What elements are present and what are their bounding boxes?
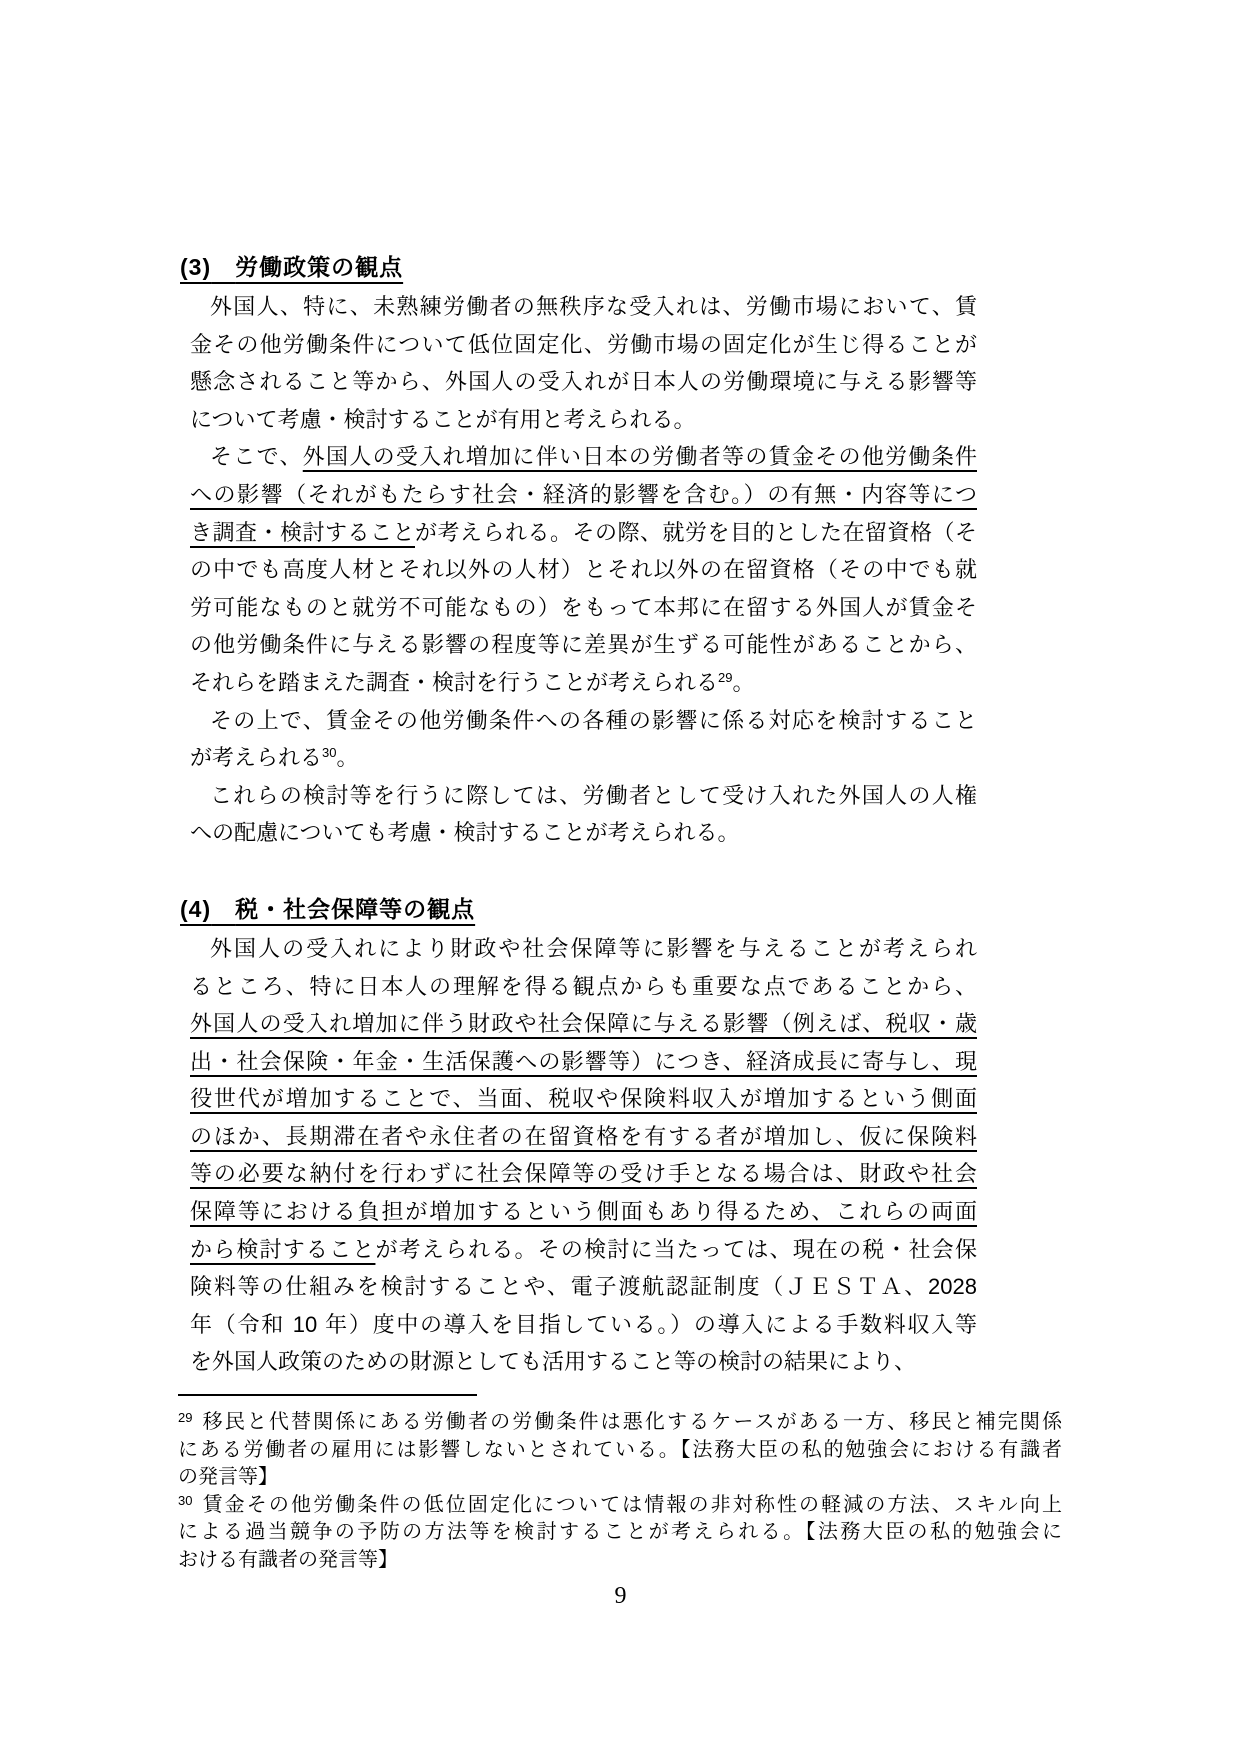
text-segment: それらを踏まえた調査・検討を行うことが考えられる — [190, 670, 718, 695]
footnotes: 29移民と代替関係にある労働者の労働条件は悪化するケースがある一方、移民と補完関… — [178, 1409, 1062, 1575]
paragraph: これらの検討等を行うに際しては、労働者として受け入れた外国人の人権への配慮につい… — [190, 777, 977, 852]
page-number: 9 — [0, 1583, 1241, 1610]
text-segment: の中でも高度人材とそれ以外の人材）とそれ以外の在留資格（その中でも就 — [190, 557, 977, 582]
text-segment: その上で、賃金その他労働条件への各種の影響に係る対応を検討すること — [210, 708, 977, 733]
text-line: き調査・検討することが考えられる。その際、就労を目的とした在留資格（そ — [190, 514, 977, 552]
text-line: 外国人の受入れにより財政や社会保障等に影響を与えることが考えられ — [190, 930, 977, 968]
text-segment: 出・社会保険・年金・生活保護への影響等）につき、経済成長に寄与し、現 — [190, 1049, 977, 1074]
text-segment: が考えられる — [190, 745, 322, 770]
text-segment: への配慮についても考慮・検討することが考えられる。 — [190, 820, 740, 845]
text-line: るところ、特に日本人の理解を得る観点からも重要な点であることから、 — [190, 968, 977, 1006]
footnote-ref: 29 — [178, 1410, 192, 1425]
text-line: 役世代が増加することで、当面、税収や保険料収入が増加するという側面 — [190, 1080, 977, 1118]
text-line: 保障等における負担が増加するという側面もあり得るため、これらの両面 — [190, 1193, 977, 1231]
text-segment: 外国人の受入れ増加に伴い日本の労働者等の賃金その他労働条件 — [303, 444, 977, 469]
footnote-ref: 29 — [718, 670, 732, 685]
text-line: の発言等】 — [178, 1464, 1062, 1492]
text-line: それらを踏まえた調査・検討を行うことが考えられる29。 — [190, 664, 977, 702]
footnote: 30賃金その他労働条件の低位固定化については情報の非対称性の軽減の方法、スキル向… — [178, 1492, 1062, 1575]
text-segment: 。 — [732, 670, 754, 695]
text-line: による過当競争の予防の方法等を検討することが考えられる。【法務大臣の私的勉強会に — [178, 1519, 1062, 1547]
text-line: のほか、長期滞在者や永住者の在留資格を有する者が増加し、仮に保険料 — [190, 1118, 977, 1156]
text-segment: にある労働者の雇用には影響しないとされている。【法務大臣の私的勉強会における有識… — [178, 1439, 1062, 1461]
text-line: への影響（それがもたらす社会・経済的影響を含む。）の有無・内容等につ — [190, 476, 977, 514]
section: (3) 労働政策の観点外国人、特に、未熟練労働者の無秩序な受入れは、労働市場にお… — [0, 246, 1241, 852]
paragraph: その上で、賃金その他労働条件への各種の影響に係る対応を検討することが考えられる3… — [190, 702, 977, 777]
text-segment: るところ、特に日本人の理解を得る観点からも重要な点であることから、 — [190, 974, 977, 999]
section-heading: (4) 税・社会保障等の観点 — [180, 888, 1241, 930]
text-line: 外国人、特に、未熟練労働者の無秩序な受入れは、労働市場において、賃 — [190, 288, 977, 326]
text-segment: 移民と代替関係にある労働者の労働条件は悪化するケースがある一方、移民と補完関係 — [200, 1411, 1062, 1433]
text-segment: 険料等の仕組みを検討することや、電子渡航認証制度（ＪＥＳＴＡ、2028 — [190, 1274, 977, 1299]
footnote-ref: 30 — [322, 745, 336, 760]
text-segment: 労可能なものと就労不可能なもの）をもって本邦に在留する外国人が賃金そ — [190, 595, 977, 620]
text-segment: き調査・検討すること — [190, 520, 415, 545]
text-segment: 。 — [336, 745, 358, 770]
section-number: (3) — [180, 254, 211, 280]
text-line: を外国人政策のための財源としても活用すること等の検討の結果により、 — [190, 1343, 977, 1381]
text-line: 労可能なものと就労不可能なもの）をもって本邦に在留する外国人が賃金そ — [190, 589, 977, 627]
text-segment: 年（令和 10 年）度中の導入を目指している。）の導入による手数料収入等 — [190, 1312, 977, 1337]
text-segment: そこで、 — [210, 444, 303, 469]
text-line: の中でも高度人材とそれ以外の人材）とそれ以外の在留資格（その中でも就 — [190, 551, 977, 589]
text-line: 30賃金その他労働条件の低位固定化については情報の非対称性の軽減の方法、スキル向… — [178, 1492, 1062, 1520]
section-heading: (3) 労働政策の観点 — [180, 246, 1241, 288]
text-segment: これらの検討等を行うに際しては、労働者として受け入れた外国人の人権 — [210, 783, 977, 808]
section-number: (4) — [180, 896, 211, 922]
text-segment: を外国人政策のための財源としても活用すること等の検討の結果により、 — [190, 1349, 916, 1374]
section-heading-text: (3) 労働政策の観点 — [180, 254, 403, 280]
text-line: おける有識者の発言等】 — [178, 1547, 1062, 1575]
text-segment: が考えられる。その検討に当たっては、現在の税・社会保 — [375, 1237, 977, 1262]
text-segment: 外国人の受入れにより財政や社会保障等に影響を与えることが考えられ — [210, 936, 977, 961]
text-segment: について考慮・検討することが有用と考えられる。 — [190, 407, 696, 432]
text-segment: おける有識者の発言等】 — [178, 1549, 398, 1571]
text-segment: 金その他労働条件について低位固定化、労働市場の固定化が生じ得ることが — [190, 332, 977, 357]
text-line: にある労働者の雇用には影響しないとされている。【法務大臣の私的勉強会における有識… — [178, 1437, 1062, 1465]
section-title: 税・社会保障等の観点 — [235, 896, 475, 922]
text-segment: 外国人の受入れ増加に伴う財政や社会保障に与える影響（例えば、税収・歳 — [190, 1011, 977, 1036]
text-line: 金その他労働条件について低位固定化、労働市場の固定化が生じ得ることが — [190, 326, 977, 364]
document-body: (3) 労働政策の観点外国人、特に、未熟練労働者の無秩序な受入れは、労働市場にお… — [0, 246, 1241, 1381]
text-segment: の発言等】 — [178, 1466, 278, 1488]
text-segment: から検討すること — [190, 1237, 375, 1262]
text-line: について考慮・検討することが有用と考えられる。 — [190, 401, 977, 439]
text-line: 出・社会保険・年金・生活保護への影響等）につき、経済成長に寄与し、現 — [190, 1043, 977, 1081]
text-line: 等の必要な納付を行わずに社会保障等の受け手となる場合は、財政や社会 — [190, 1155, 977, 1193]
text-line: 懸念されること等から、外国人の受入れが日本人の労働環境に与える影響等 — [190, 363, 977, 401]
text-segment: への影響（それがもたらす社会・経済的影響を含む。）の有無・内容等につ — [190, 482, 977, 507]
text-line: の他労働条件に与える影響の程度等に差異が生ずる可能性があることから、 — [190, 626, 977, 664]
text-line: 外国人の受入れ増加に伴う財政や社会保障に与える影響（例えば、税収・歳 — [190, 1005, 977, 1043]
text-line: が考えられる30。 — [190, 739, 977, 777]
paragraph: そこで、外国人の受入れ増加に伴い日本の労働者等の賃金その他労働条件への影響（それ… — [190, 438, 977, 701]
section-heading-text: (4) 税・社会保障等の観点 — [180, 896, 475, 922]
text-line: 年（令和 10 年）度中の導入を目指している。）の導入による手数料収入等 — [190, 1306, 977, 1344]
document-page: (3) 労働政策の観点外国人、特に、未熟練労働者の無秩序な受入れは、労働市場にお… — [0, 0, 1241, 1754]
text-line: その上で、賃金その他労働条件への各種の影響に係る対応を検討すること — [190, 702, 977, 740]
text-segment: 懸念されること等から、外国人の受入れが日本人の労働環境に与える影響等 — [190, 369, 977, 394]
text-segment: が考えられる。その際、就労を目的とした在留資格（そ — [415, 520, 977, 545]
text-line: から検討することが考えられる。その検討に当たっては、現在の税・社会保 — [190, 1231, 977, 1269]
footnote-ref: 30 — [178, 1493, 192, 1508]
text-line: そこで、外国人の受入れ増加に伴い日本の労働者等の賃金その他労働条件 — [190, 438, 977, 476]
text-segment: のほか、長期滞在者や永住者の在留資格を有する者が増加し、仮に保険料 — [190, 1124, 977, 1149]
text-segment: 賃金その他労働条件の低位固定化については情報の非対称性の軽減の方法、スキル向上 — [200, 1494, 1062, 1516]
paragraph: 外国人、特に、未熟練労働者の無秩序な受入れは、労働市場において、賃金その他労働条… — [190, 288, 977, 438]
paragraph: 外国人の受入れにより財政や社会保障等に影響を与えることが考えられるところ、特に日… — [190, 930, 977, 1381]
text-segment: 外国人、特に、未熟練労働者の無秩序な受入れは、労働市場において、賃 — [210, 294, 977, 319]
text-line: 険料等の仕組みを検討することや、電子渡航認証制度（ＪＥＳＴＡ、2028 — [190, 1268, 977, 1306]
text-line: これらの検討等を行うに際しては、労働者として受け入れた外国人の人権 — [190, 777, 977, 815]
text-segment: の他労働条件に与える影響の程度等に差異が生ずる可能性があることから、 — [190, 632, 977, 657]
section: (4) 税・社会保障等の観点外国人の受入れにより財政や社会保障等に影響を与えるこ… — [0, 888, 1241, 1381]
text-segment: による過当競争の予防の方法等を検討することが考えられる。【法務大臣の私的勉強会に — [178, 1521, 1062, 1543]
section-title: 労働政策の観点 — [235, 254, 403, 280]
text-line: への配慮についても考慮・検討することが考えられる。 — [190, 814, 977, 852]
text-segment: 等の必要な納付を行わずに社会保障等の受け手となる場合は、財政や社会 — [190, 1161, 977, 1186]
footnote: 29移民と代替関係にある労働者の労働条件は悪化するケースがある一方、移民と補完関… — [178, 1409, 1062, 1492]
footnote-separator — [178, 1394, 477, 1396]
text-line: 29移民と代替関係にある労働者の労働条件は悪化するケースがある一方、移民と補完関… — [178, 1409, 1062, 1437]
text-segment: 役世代が増加することで、当面、税収や保険料収入が増加するという側面 — [190, 1086, 977, 1111]
text-segment: 保障等における負担が増加するという側面もあり得るため、これらの両面 — [190, 1199, 977, 1224]
